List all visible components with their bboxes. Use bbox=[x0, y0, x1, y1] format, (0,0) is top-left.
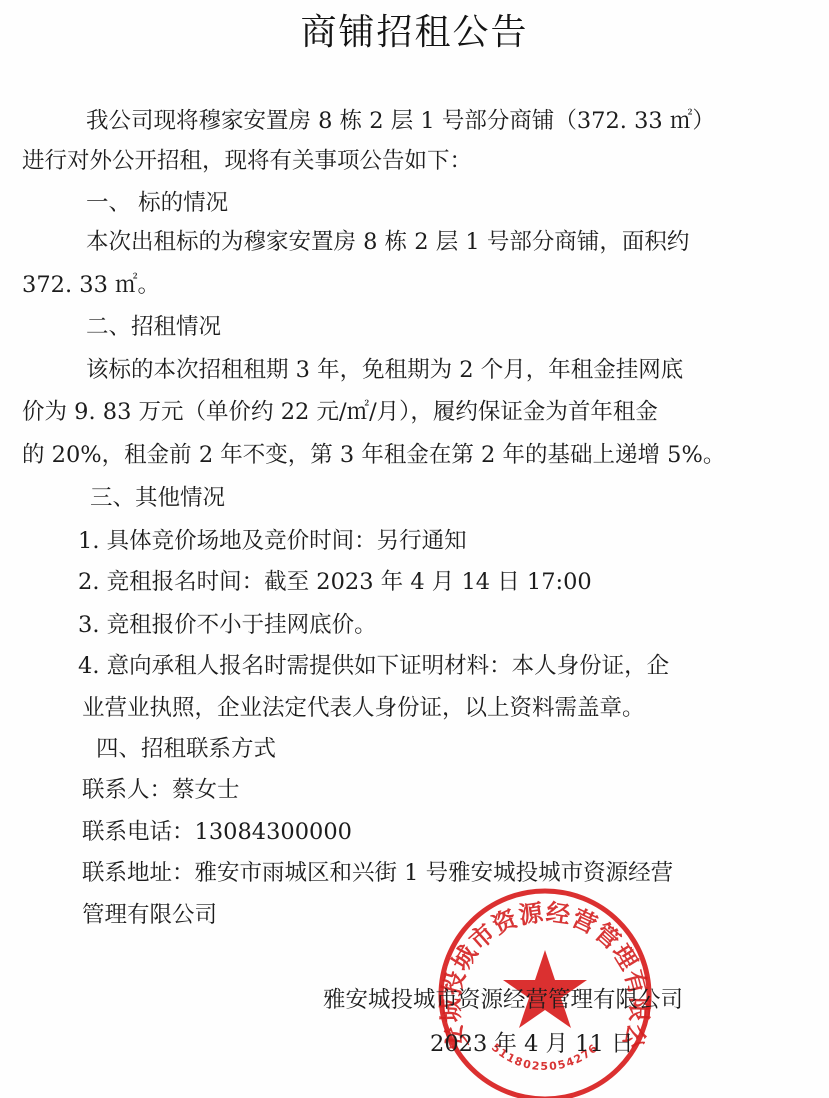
section-2-line-2: 价为 9. 83 万元（单价约 22 元/㎡/月），履约保证金为首年租金 bbox=[22, 397, 658, 427]
section-1-heading: 一、 标的情况 bbox=[86, 188, 228, 218]
contact-address-line-1: 联系地址：雅安市雨城区和兴街 1 号雅安城投城市资源经营 bbox=[82, 858, 673, 888]
intro-line-1: 我公司现将穆家安置房 8 栋 2 层 1 号部分商铺（372. 33 ㎡） bbox=[86, 106, 715, 136]
section-3-heading: 三、其他情况 bbox=[90, 483, 225, 513]
contact-phone: 联系电话：13084300000 bbox=[82, 817, 352, 847]
section-1-line-2: 372. 33 ㎡。 bbox=[22, 270, 160, 300]
document-title: 商铺招租公告 bbox=[0, 4, 829, 55]
section-2-line-3: 的 20%，租金前 2 年不变，第 3 年租金在第 2 年的基础上递增 5%。 bbox=[22, 440, 725, 470]
signature-company: 雅安城投城市资源经营管理有限公司 bbox=[323, 985, 683, 1015]
contact-person: 联系人：蔡女士 bbox=[82, 775, 240, 805]
seal-ring-text: 雅安城投城市资源经营管理有限公司 bbox=[433, 884, 653, 1053]
section-3-item-1: 1. 具体竞价场地及竞价时间：另行通知 bbox=[78, 526, 467, 556]
section-3-item-4: 4. 意向承租人报名时需提供如下证明材料：本人身份证，企 bbox=[78, 651, 669, 681]
section-2-line-1: 该标的本次招租租期 3 年，免租期为 2 个月，年租金挂网底 bbox=[86, 355, 683, 385]
section-3-item-2: 2. 竞租报名时间：截至 2023 年 4 月 14 日 17:00 bbox=[78, 567, 592, 597]
intro-line-2: 进行对外公开招租，现将有关事项公告如下： bbox=[22, 146, 472, 176]
svg-text:雅安城投城市资源经营管理有限公司: 雅安城投城市资源经营管理有限公司 bbox=[433, 884, 653, 1053]
signature-date: 2023 年 4 月 11 日 bbox=[430, 1029, 633, 1059]
document-page: 商铺招租公告 我公司现将穆家安置房 8 栋 2 层 1 号部分商铺（372. 3… bbox=[0, 0, 829, 1098]
section-3-item-4-continuation: 业营业执照，企业法定代表人身份证，以上资料需盖章。 bbox=[82, 693, 645, 723]
contact-address-line-2: 管理有限公司 bbox=[82, 900, 217, 930]
section-1-line-1: 本次出租标的为穆家安置房 8 栋 2 层 1 号部分商铺，面积约 bbox=[86, 227, 689, 257]
section-2-heading: 二、招租情况 bbox=[86, 312, 221, 342]
section-4-heading: 四、招租联系方式 bbox=[96, 734, 276, 764]
section-3-item-3: 3. 竞租报价不小于挂网底价。 bbox=[78, 610, 377, 640]
